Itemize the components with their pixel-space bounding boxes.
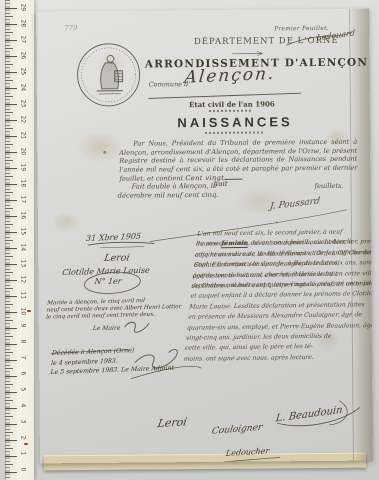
ruler-number: 26: [20, 52, 27, 62]
ruler-number: 25: [20, 68, 27, 78]
ruler-numbers: 2928272625242322212019181716151413121110…: [5, 0, 34, 480]
ruler-number: 22: [20, 116, 27, 126]
ruler-number: 17: [20, 196, 27, 206]
register-sheet: 779 Premier Feuillet. DÉPARTEMENT DE L'O…: [36, 9, 373, 464]
ruler-number: 15: [20, 228, 27, 238]
ink-flourishes: [36, 9, 373, 464]
ruler-red-mark: [24, 443, 28, 445]
ruler-number: 3: [20, 420, 27, 430]
measuring-ruler: 2928272625242322212019181716151413121110…: [5, 0, 34, 480]
ruler-number: 14: [20, 244, 27, 254]
ruler-number: 19: [20, 164, 27, 174]
ruler-number: 11: [20, 292, 27, 302]
ruler-number: 20: [20, 148, 27, 158]
ruler-number: 9: [20, 324, 27, 334]
ruler-number: 18: [20, 180, 27, 190]
ruler-number: 23: [20, 100, 27, 110]
ruler-number: 24: [20, 84, 27, 94]
ruler-number: 28: [20, 20, 27, 30]
ruler-number: 10: [20, 308, 27, 318]
ruler-number: 8: [20, 340, 27, 350]
ruler-red-mark: [27, 310, 31, 312]
ruler-number: 7: [20, 356, 27, 366]
ruler-number: 29: [20, 4, 27, 14]
ruler-number: 27: [20, 36, 27, 46]
ruler-number: 1: [20, 452, 27, 462]
scanned-page: 2928272625242322212019181716151413121110…: [0, 0, 379, 480]
ruler-number: 0: [20, 468, 27, 478]
ruler-number: 4: [20, 404, 27, 414]
ruler-number: 16: [20, 212, 27, 222]
ruler-number: 12: [20, 276, 27, 286]
ruler-number: 5: [20, 388, 27, 398]
ruler-number: 6: [20, 372, 27, 382]
ruler-number: 13: [20, 260, 27, 270]
ruler-number: 21: [20, 132, 27, 142]
